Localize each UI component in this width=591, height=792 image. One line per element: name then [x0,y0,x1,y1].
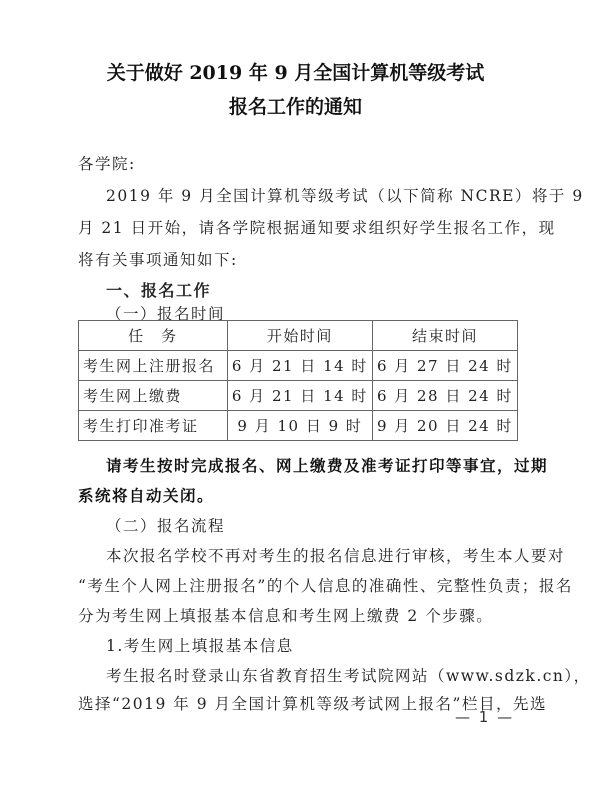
intro-line-2: 月 21 日开始，请各学院根据通知要求组织好学生报名工作，现 [78,216,518,238]
table-header-cell: 结束时间 [372,321,517,351]
table-cell-start: 9 月 10 日 9 时 [227,411,372,441]
step-1-line-2: 选择“2019 年 9 月全国计算机等级考试网上报名”栏目，先选 [78,692,518,714]
process-line-1: 本次报名学校不再对考生的报名信息进行审核，考生本人要对 [106,544,546,566]
table-cell-task: 考生网上缴费 [79,381,228,411]
subsection-2-heading: （二）报名流程 [106,514,546,536]
table-cell-end: 9 月 20 日 24 时 [372,411,517,441]
document-title-line-1: 关于做好 2019 年 9 月全国计算机等级考试 [0,58,591,85]
salutation: 各学院: [78,152,518,174]
page-number: — 1 — [455,708,514,726]
table-header-row: 任 务 开始时间 结束时间 [79,321,518,351]
process-line-3: 分为考生网上填报基本信息和考生网上缴费 2 个步骤。 [78,604,518,626]
intro-line-1: 2019 年 9 月全国计算机等级考试（以下简称 NCRE）将于 9 [106,184,546,206]
table-cell-end: 6 月 27 日 24 时 [372,351,517,381]
process-line-2: “考生个人网上注册报名”的个人信息的准确性、完整性负责；报名 [78,574,518,596]
table-cell-start: 6 月 21 日 14 时 [227,351,372,381]
table-cell-task: 考生网上注册报名 [79,351,228,381]
intro-line-3: 将有关事项通知如下: [78,248,518,270]
document-title-line-2: 报名工作的通知 [0,92,591,119]
table-row: 考生网上缴费 6 月 21 日 14 时 6 月 28 日 24 时 [79,381,518,411]
table-header-cell: 任 务 [79,321,228,351]
step-1-heading: 1.考生网上填报基本信息 [106,634,546,656]
step-1-line-1: 考生报名时登录山东省教育招生考试院网站（www.sdzk.cn）， [106,664,546,686]
table-cell-task: 考生打印准考证 [79,411,228,441]
schedule-table: 任 务 开始时间 结束时间 考生网上注册报名 6 月 21 日 14 时 6 月… [78,320,518,441]
section-1-heading: 一、报名工作 [106,278,546,301]
table-row: 考生打印准考证 9 月 10 日 9 时 9 月 20 日 24 时 [79,411,518,441]
warning-line-1: 请考生按时完成报名、网上缴费及准考证打印等事宜，过期 [106,454,546,476]
table-row: 考生网上注册报名 6 月 21 日 14 时 6 月 27 日 24 时 [79,351,518,381]
warning-line-2: 系统将自动关闭。 [78,484,518,506]
table-cell-end: 6 月 28 日 24 时 [372,381,517,411]
table-header-cell: 开始时间 [227,321,372,351]
table-cell-start: 6 月 21 日 14 时 [227,381,372,411]
